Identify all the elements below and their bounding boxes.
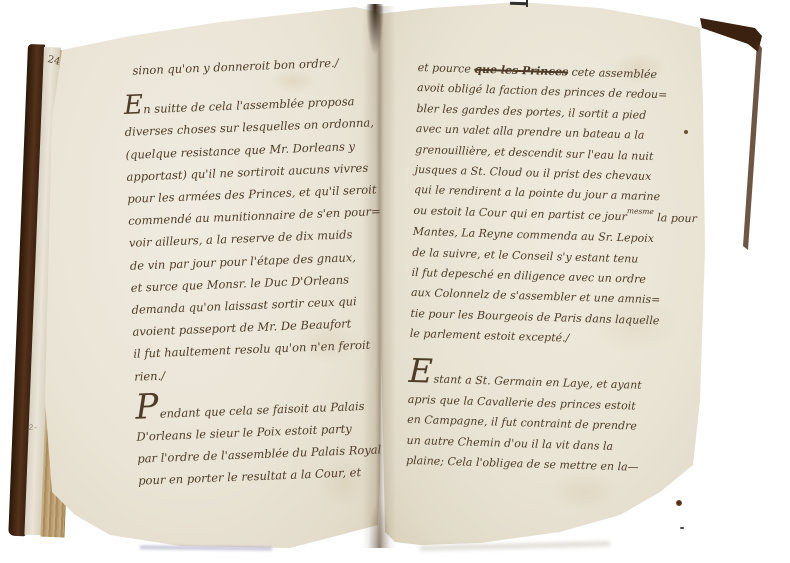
interlinear-insertion: mesme <box>627 206 654 216</box>
right-page-text: et pource que les Princes cete assemblée… <box>406 58 674 479</box>
ink-speck <box>684 130 688 134</box>
left-page-text: sinon qu'on y donneroit bon ordre./ En s… <box>122 51 370 492</box>
gutter-top-notch <box>366 4 384 56</box>
text-segment: la pour <box>654 211 697 225</box>
pencil-mark: 2- <box>29 423 38 432</box>
trimmed-page-number-mark <box>510 2 527 6</box>
struck-out-text: que les Princes <box>474 63 568 79</box>
text-segment: ou estoit la Cour qui en partist ce jour <box>413 204 627 223</box>
bottom-shadow-left <box>140 545 272 550</box>
gutter-bottom-shade <box>368 498 390 548</box>
ink-speck <box>680 527 684 529</box>
wormhole-dot <box>676 500 682 506</box>
manuscript-photo: 24 2- sinon qu'on y donneroit bon ordre.… <box>0 0 790 563</box>
text-segment: et pource <box>418 61 475 76</box>
text-segment: cete assemblée <box>568 65 657 81</box>
trimmed-page-number-tick <box>526 0 528 7</box>
